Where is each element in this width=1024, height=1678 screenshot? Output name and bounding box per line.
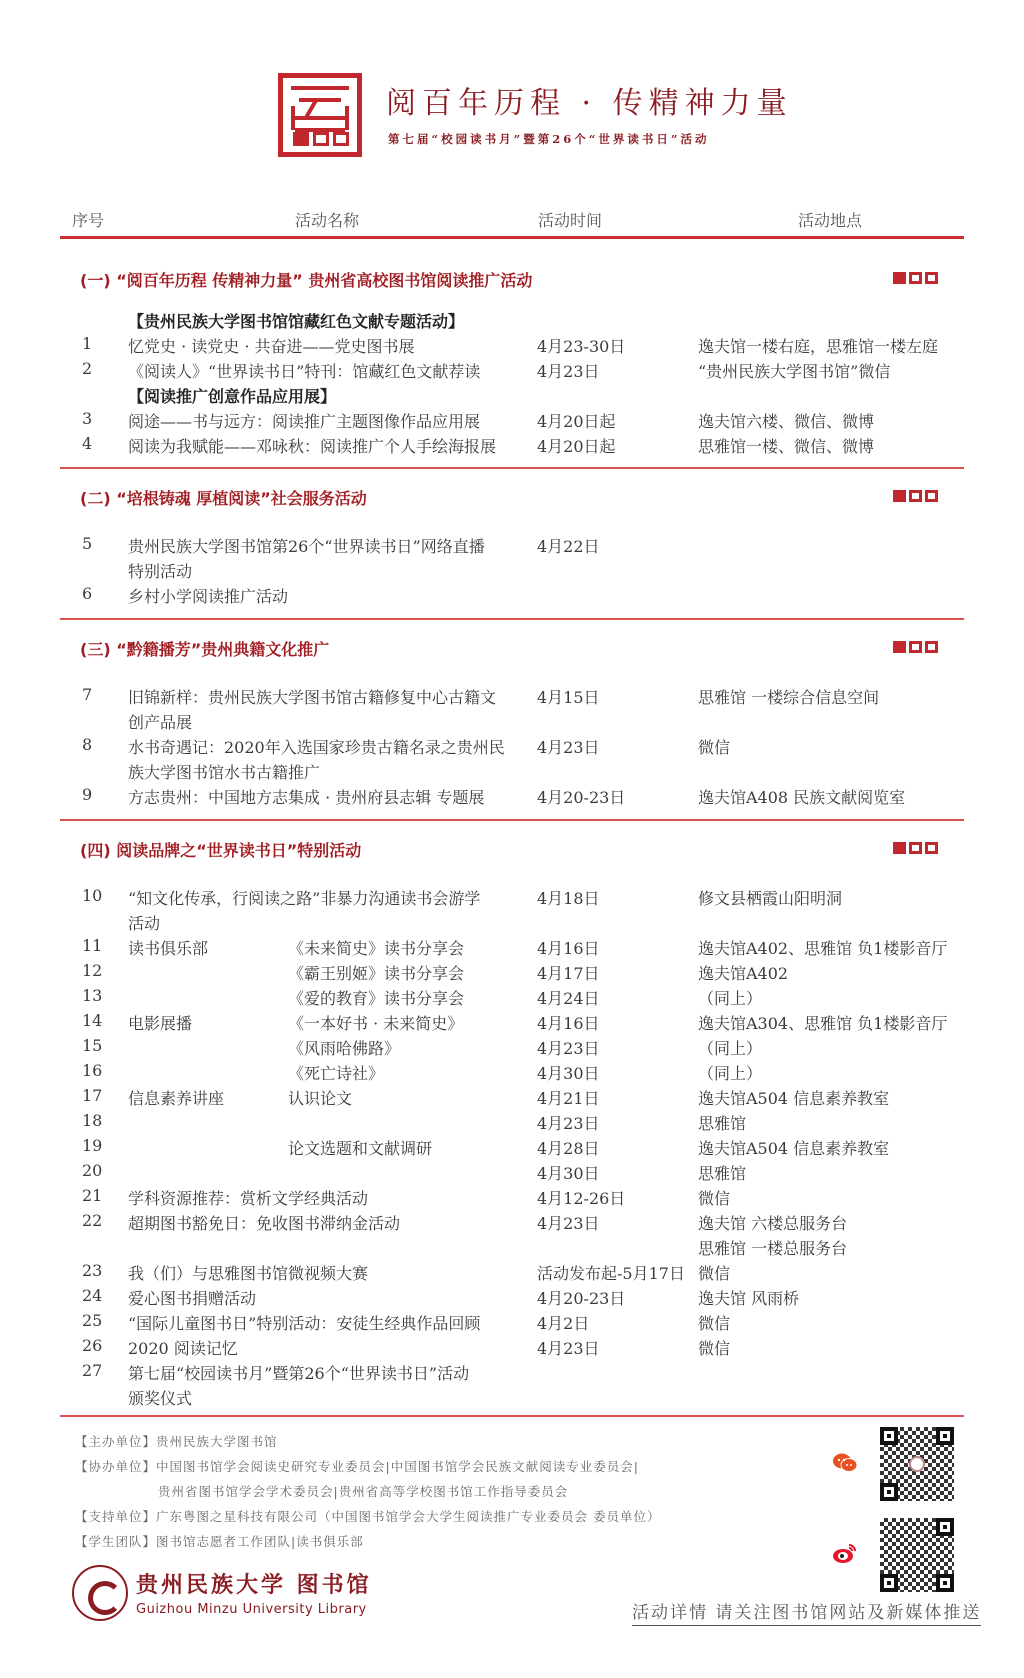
activity-time: 4月23日	[537, 1211, 600, 1234]
row-number: 7	[82, 685, 92, 704]
activity-time: 4月17日	[537, 961, 600, 984]
table-row: 16 《死亡诗社》 4月30日 （同上）	[0, 1061, 1024, 1086]
activity-name-continued: 颁奖仪式	[128, 1386, 192, 1409]
table-row: 2 《阅读人》“世界读书日”特刊：馆藏红色文献荐读 4月23日 “贵州民族大学图…	[0, 359, 1024, 384]
table-row: 25 “国际儿童图书日”特别活动：安徒生经典作品回顾 4月2日 微信	[0, 1311, 1024, 1336]
section-title-2: (二) “培根铸魂 厚植阅读”社会服务活动	[80, 486, 367, 509]
activity-place: 逸夫馆A504 信息素养教室	[698, 1086, 889, 1109]
section-title-4: (四) 阅读品牌之“世界读书日”特别活动	[80, 838, 361, 861]
table-row: 23 我（们）与思雅图书馆微视频大赛 活动发布起-5月17日 微信	[0, 1261, 1024, 1286]
activity-name: “国际儿童图书日”特别活动：安徒生经典作品回顾	[128, 1311, 480, 1334]
activity-time: 4月20日起	[537, 434, 616, 457]
activity-time: 4月15日	[537, 685, 600, 708]
activity-time: 4月23日	[537, 1036, 600, 1059]
activity-name: 《阅读人》“世界读书日”特刊：馆藏红色文献荐读	[128, 359, 480, 382]
row-number: 2	[82, 359, 92, 378]
table-row: 8 水书奇遇记：2020年入选国家珍贵古籍名录之贵州民 4月23日 微信	[0, 735, 1024, 760]
activity-time: 4月30日	[537, 1161, 600, 1184]
row-number: 11	[82, 936, 102, 955]
activity-name-continued: 特别活动	[128, 559, 192, 582]
table-row: 22 超期图书豁免日：免收图书滞纳金活动 4月23日 逸夫馆 六楼总服务台	[0, 1211, 1024, 1236]
table-row: 20 4月30日 思雅馆	[0, 1161, 1024, 1186]
supporter-label: 【支持单位】	[75, 1509, 156, 1524]
student-team-line: 【学生团队】图书馆志愿者工作团队|读书俱乐部	[75, 1532, 364, 1550]
activity-place: 逸夫馆A402	[698, 961, 788, 984]
activity-time: 4月23日	[537, 1336, 600, 1359]
row-number: 20	[82, 1161, 102, 1180]
column-header-seq: 序号	[72, 208, 104, 231]
section-squares-icon	[893, 842, 938, 854]
activity-name: 《霸王别姬》读书分享会	[288, 961, 464, 984]
table-row-continued: 特别活动	[0, 559, 1024, 584]
table-row: 17 信息素养讲座 认识论文 4月21日 逸夫馆A504 信息素养教室	[0, 1086, 1024, 1111]
poster-header: 阅百年历程 · 传精神力量 第七届“校园读书月”暨第26个“世界读书日”活动	[0, 0, 1024, 180]
row-number: 12	[82, 961, 102, 980]
activity-name: “知文化传承，行阅读之路”非暴力沟通读书会游学	[128, 886, 480, 909]
activity-place-continued: 思雅馆 一楼总服务台	[698, 1236, 847, 1259]
column-header-place: 活动地点	[798, 208, 862, 231]
activity-time: 4月22日	[537, 534, 600, 557]
organizer-value: 贵州民族大学图书馆	[156, 1434, 278, 1449]
activity-place: 思雅馆	[698, 1111, 746, 1134]
activity-place: 逸夫馆 六楼总服务台	[698, 1211, 847, 1234]
section-squares-icon	[893, 490, 938, 502]
activity-name: 2020 阅读记忆	[128, 1336, 238, 1359]
table-row-continued: 颁奖仪式	[0, 1386, 1024, 1411]
activity-time: 4月23日	[537, 359, 600, 382]
activity-time: 4月2日	[537, 1311, 589, 1334]
activity-name: 贵州民族大学图书馆第26个“世界读书日”网络直播	[128, 534, 485, 557]
activity-place: 修文县栖霞山阳明洞	[698, 886, 842, 909]
table-row: 10 “知文化传承，行阅读之路”非暴力沟通读书会游学 4月18日 修文县栖霞山阳…	[0, 886, 1024, 911]
activity-name: 《一本好书 · 未来简史》	[288, 1011, 463, 1034]
activity-place: 思雅馆一楼、微信、微博	[698, 434, 874, 457]
activity-time: 4月12-26日	[537, 1186, 625, 1209]
co-organizer-value: 中国图书馆学会阅读史研究专业委员会|中国图书馆学会民族文献阅读专业委员会|	[156, 1459, 639, 1474]
activity-name: 《风雨哈佛路》	[288, 1036, 400, 1059]
table-row: 19 论文选题和文献调研 4月28日 逸夫馆A504 信息素养教室	[0, 1136, 1024, 1161]
activity-place: 思雅馆	[698, 1161, 746, 1184]
activity-name: 认识论文	[288, 1086, 352, 1109]
details-link[interactable]: 活动详情 请关注图书馆网站及新媒体推送	[632, 1598, 981, 1626]
activity-time: 活动发布起-5月17日	[537, 1261, 685, 1284]
header-divider	[60, 236, 964, 239]
column-header-time: 活动时间	[538, 208, 602, 231]
table-row-continued: 思雅馆 一楼总服务台	[0, 1236, 1024, 1261]
activity-time: 4月21日	[537, 1086, 600, 1109]
table-row: 3 阅途——书与远方：阅读推广主题图像作品应用展 4月20日起 逸夫馆六楼、微信…	[0, 409, 1024, 434]
section-divider	[60, 467, 964, 469]
table-row: 15 《风雨哈佛路》 4月23日 （同上）	[0, 1036, 1024, 1061]
row-number: 24	[82, 1286, 102, 1305]
student-team-label: 【学生团队】	[75, 1534, 156, 1549]
table-row-continued: 族大学图书馆水书古籍推广	[0, 760, 1024, 785]
activity-name: 我（们）与思雅图书馆微视频大赛	[128, 1261, 368, 1284]
activity-category: 电影展播	[128, 1011, 192, 1034]
activity-place: 思雅馆 一楼综合信息空间	[698, 685, 879, 708]
row-number: 3	[82, 409, 92, 428]
table-row: 24 爱心图书捐赠活动 4月20-23日 逸夫馆 风雨桥	[0, 1286, 1024, 1311]
row-number: 1	[82, 334, 92, 353]
activity-place: 微信	[698, 735, 730, 758]
activity-name: 方志贵州：中国地方志集成 · 贵州府县志辑 专题展	[128, 785, 484, 808]
weibo-icon[interactable]	[832, 1542, 858, 1564]
co-organizer-value-2: 贵州省图书馆学会学术委员会|贵州省高等学校图书馆工作指导委员会	[158, 1484, 568, 1499]
activity-time: 4月23-30日	[537, 334, 625, 357]
activity-place: 逸夫馆 风雨桥	[698, 1286, 799, 1309]
activity-time: 4月18日	[537, 886, 600, 909]
activity-name: 《爱的教育》读书分享会	[288, 986, 464, 1009]
activity-name: 阅途——书与远方：阅读推广主题图像作品应用展	[128, 409, 480, 432]
table-row: 4 阅读为我赋能——邓咏秋：阅读推广个人手绘海报展 4月20日起 思雅馆一楼、微…	[0, 434, 1024, 459]
row-number: 18	[82, 1111, 102, 1130]
activity-time: 4月16日	[537, 1011, 600, 1034]
activity-name: 学科资源推荐：赏析文学经典活动	[128, 1186, 368, 1209]
supporter-value: 广东粤图之星科技有限公司（中国图书馆学会大学生阅读推广专业委员会 委员单位）	[156, 1509, 660, 1524]
activity-place: 逸夫馆六楼、微信、微博	[698, 409, 874, 432]
subheading: 【贵州民族大学图书馆馆藏红色文献专题活动】	[128, 309, 464, 332]
hundred-years-logo-icon	[278, 73, 362, 157]
activity-time: 4月20-23日	[537, 1286, 625, 1309]
table-row: 18 4月23日 思雅馆	[0, 1111, 1024, 1136]
co-organizer-label: 【协办单位】	[75, 1459, 156, 1474]
poster-subtitle: 第七届“校园读书月”暨第26个“世界读书日”活动	[388, 131, 709, 147]
row-number: 25	[82, 1311, 102, 1330]
table-row: 11 读书俱乐部 《未来简史》读书分享会 4月16日 逸夫馆A402、思雅馆 负…	[0, 936, 1024, 961]
section-divider	[60, 819, 964, 821]
row-number: 6	[82, 584, 92, 603]
activity-place: 微信	[698, 1311, 730, 1334]
table-row: 7 旧锦新样：贵州民族大学图书馆古籍修复中心古籍文 4月15日 思雅馆 一楼综合…	[0, 685, 1024, 710]
row-number: 8	[82, 735, 92, 754]
poster-title: 阅百年历程 · 传精神力量	[386, 78, 793, 122]
row-number: 26	[82, 1336, 102, 1355]
activity-time: 4月23日	[537, 735, 600, 758]
activity-name: 《未来简史》读书分享会	[288, 936, 464, 959]
activity-name: 乡村小学阅读推广活动	[128, 584, 288, 607]
activity-name-continued: 族大学图书馆水书古籍推广	[128, 760, 320, 783]
activity-name: 阅读为我赋能——邓咏秋：阅读推广个人手绘海报展	[128, 434, 496, 457]
weibo-qr-code	[880, 1518, 954, 1592]
table-row: 1 忆党史 · 读党史 · 共奋进——党史图书展 4月23-30日 逸夫馆一楼右…	[0, 334, 1024, 359]
activity-place: 微信	[698, 1186, 730, 1209]
activity-time: 4月16日	[537, 936, 600, 959]
table-row: 26 2020 阅读记忆 4月23日 微信	[0, 1336, 1024, 1361]
row-number: 21	[82, 1186, 102, 1205]
activity-name: 《死亡诗社》	[288, 1061, 384, 1084]
row-number: 5	[82, 534, 92, 553]
supporter-line: 【支持单位】广东粤图之星科技有限公司（中国图书馆学会大学生阅读推广专业委员会 委…	[75, 1507, 661, 1525]
activity-place: 逸夫馆A304、思雅馆 负1楼影音厅	[698, 1011, 947, 1034]
activity-name-continued: 活动	[128, 911, 160, 934]
row-number: 15	[82, 1036, 102, 1055]
activity-time: 4月20日起	[537, 409, 616, 432]
footer-divider	[60, 1415, 964, 1417]
table-row: 12 《霸王别姬》读书分享会 4月17日 逸夫馆A402	[0, 961, 1024, 986]
table-row: 27 第七届“校园读书月”暨第26个“世界读书日”活动	[0, 1361, 1024, 1386]
column-header-name: 活动名称	[295, 208, 359, 231]
table-row: 9 方志贵州：中国地方志集成 · 贵州府县志辑 专题展 4月20-23日 逸夫馆…	[0, 785, 1024, 810]
activity-name: 水书奇遇记：2020年入选国家珍贵古籍名录之贵州民	[128, 735, 505, 758]
activity-name: 第七届“校园读书月”暨第26个“世界读书日”活动	[128, 1361, 469, 1384]
subheading: 【阅读推广创意作品应用展】	[128, 384, 336, 407]
activity-time: 4月20-23日	[537, 785, 625, 808]
wechat-icon[interactable]	[832, 1452, 858, 1474]
row-number: 16	[82, 1061, 102, 1080]
activity-name: 旧锦新样：贵州民族大学图书馆古籍修复中心古籍文	[128, 685, 496, 708]
library-name-cn: 贵州民族大学 图书馆	[136, 1568, 372, 1599]
organizer-label: 【主办单位】	[75, 1434, 156, 1449]
activity-time: 4月23日	[537, 1111, 600, 1134]
student-team-value: 图书馆志愿者工作团队|读书俱乐部	[156, 1534, 364, 1549]
activity-category: 读书俱乐部	[128, 936, 208, 959]
section-divider	[60, 618, 964, 620]
row-number: 23	[82, 1261, 102, 1280]
section-title-3: (三) “黔籍播芳”贵州典籍文化推广	[80, 637, 329, 660]
activity-category: 信息素养讲座	[128, 1086, 224, 1109]
co-organizer-line: 【协办单位】中国图书馆学会阅读史研究专业委员会|中国图书馆学会民族文献阅读专业委…	[75, 1457, 639, 1475]
table-row: 6 乡村小学阅读推广活动	[0, 584, 1024, 609]
table-row: 5 贵州民族大学图书馆第26个“世界读书日”网络直播 4月22日	[0, 534, 1024, 559]
row-number: 27	[82, 1361, 102, 1380]
activity-place: （同上）	[698, 1061, 762, 1084]
table-row-continued: 创产品展	[0, 710, 1024, 735]
row-number: 9	[82, 785, 92, 804]
activity-place: 逸夫馆A402、思雅馆 负1楼影音厅	[698, 936, 947, 959]
university-seal-icon	[72, 1565, 128, 1621]
section-title-1: (一) “阅百年历程 传精神力量” 贵州省高校图书馆阅读推广活动	[80, 268, 532, 291]
subheading-row: 【阅读推广创意作品应用展】	[0, 384, 1024, 409]
row-number: 19	[82, 1136, 102, 1155]
activity-place: 微信	[698, 1336, 730, 1359]
row-number: 14	[82, 1011, 102, 1030]
activity-name: 忆党史 · 读党史 · 共奋进——党史图书展	[128, 334, 415, 357]
activity-place: 微信	[698, 1261, 730, 1284]
table-row: 13 《爱的教育》读书分享会 4月24日 （同上）	[0, 986, 1024, 1011]
row-number: 22	[82, 1211, 102, 1230]
activity-time: 4月28日	[537, 1136, 600, 1159]
activity-time: 4月24日	[537, 986, 600, 1009]
subheading-row: 【贵州民族大学图书馆馆藏红色文献专题活动】	[0, 309, 1024, 334]
table-row-continued: 活动	[0, 911, 1024, 936]
section-squares-icon	[893, 641, 938, 653]
library-name-en: Guizhou Minzu University Library	[136, 1602, 367, 1617]
row-number: 10	[82, 886, 102, 905]
section-squares-icon	[893, 272, 938, 284]
activity-place: 逸夫馆A408 民族文献阅览室	[698, 785, 905, 808]
activity-name: 爱心图书捐赠活动	[128, 1286, 256, 1309]
activity-time: 4月30日	[537, 1061, 600, 1084]
row-number: 4	[82, 434, 92, 453]
activity-name: 论文选题和文献调研	[288, 1136, 432, 1159]
activity-place: （同上）	[698, 1036, 762, 1059]
activity-place: 逸夫馆一楼右庭，思雅馆一楼左庭	[698, 334, 938, 357]
row-number: 17	[82, 1086, 102, 1105]
activity-place: 逸夫馆A504 信息素养教室	[698, 1136, 889, 1159]
organizer-line: 【主办单位】贵州民族大学图书馆	[75, 1432, 278, 1450]
co-organizer-line-2: 贵州省图书馆学会学术委员会|贵州省高等学校图书馆工作指导委员会	[158, 1482, 568, 1500]
activity-place: “贵州民族大学图书馆”微信	[698, 359, 890, 382]
activity-place: （同上）	[698, 986, 762, 1009]
table-row: 21 学科资源推荐：赏析文学经典活动 4月12-26日 微信	[0, 1186, 1024, 1211]
table-row: 14 电影展播 《一本好书 · 未来简史》 4月16日 逸夫馆A304、思雅馆 …	[0, 1011, 1024, 1036]
wechat-qr-code	[880, 1427, 954, 1501]
activity-name-continued: 创产品展	[128, 710, 192, 733]
activity-name: 超期图书豁免日：免收图书滞纳金活动	[128, 1211, 400, 1234]
row-number: 13	[82, 986, 102, 1005]
